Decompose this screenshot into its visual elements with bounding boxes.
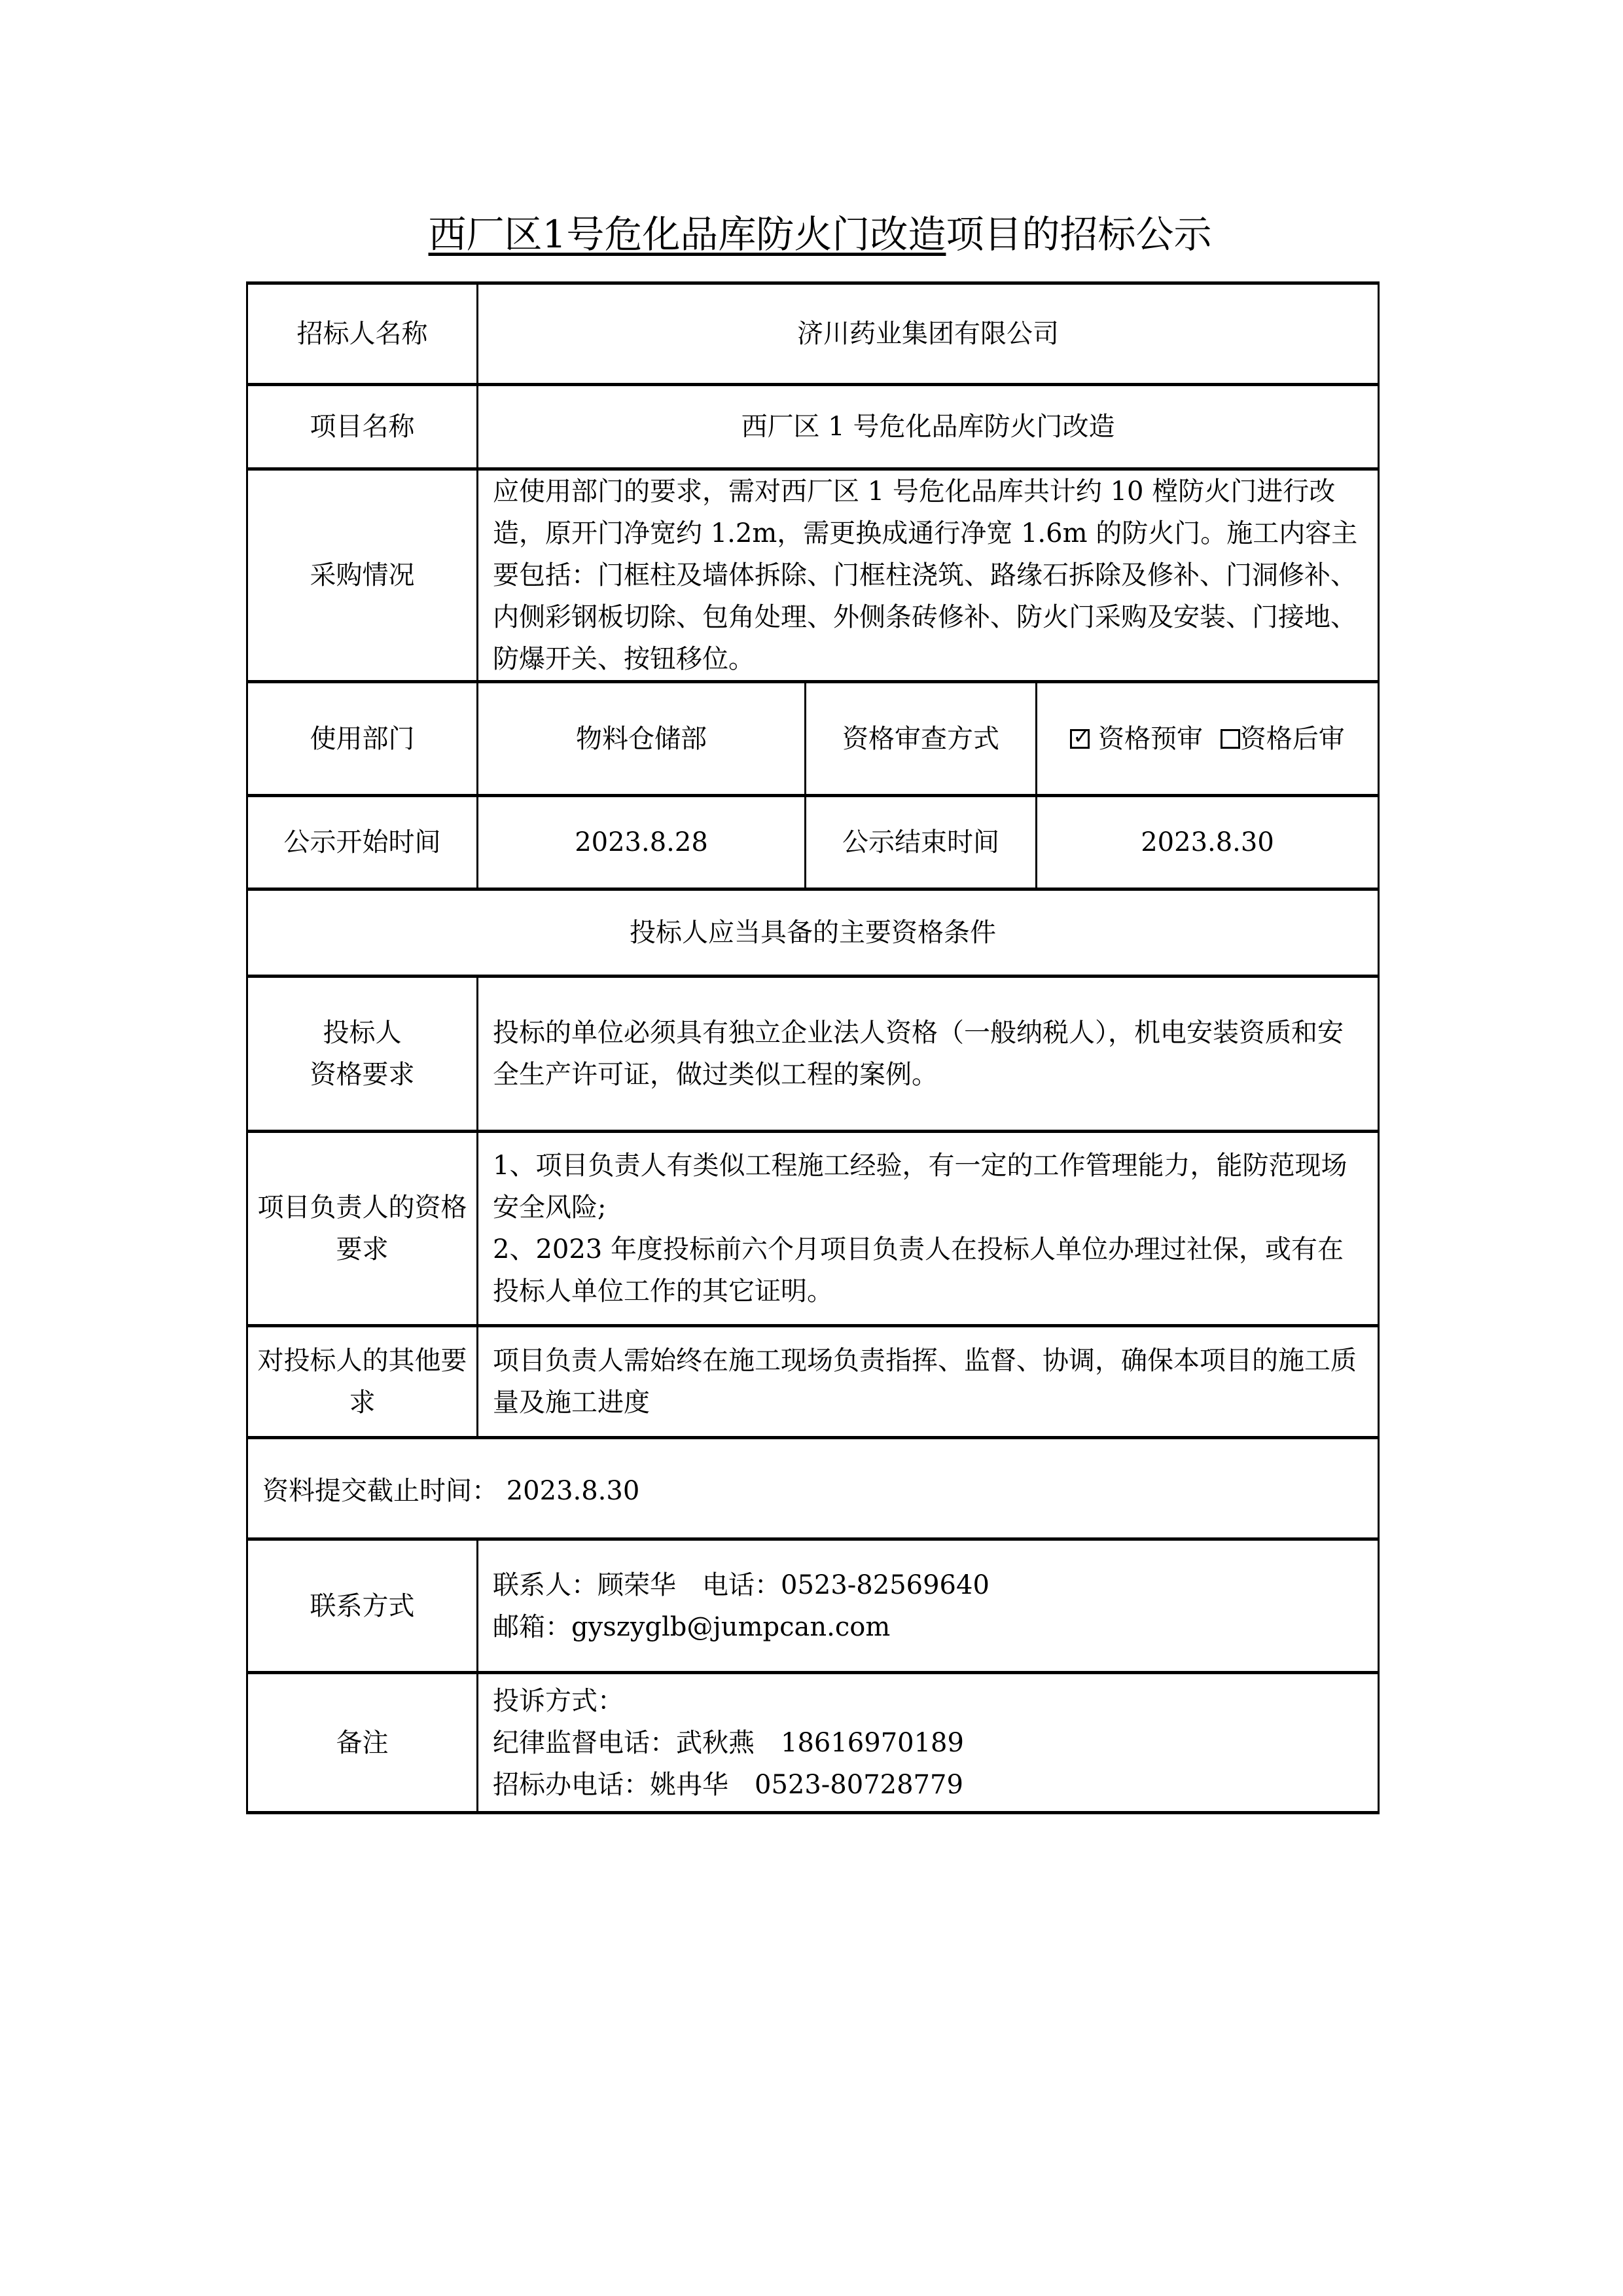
contact-email: 邮箱：gyszyglb@jumpcan.com	[493, 1606, 1363, 1648]
row-department: 使用部门 物料仓储部 资格审查方式 资格预审 资格后审	[247, 682, 1379, 796]
contact-label: 联系方式	[247, 1539, 478, 1673]
bidder-qualification-label-line2: 资格要求	[255, 1054, 470, 1096]
row-section-header: 投标人应当具备的主要资格条件	[247, 889, 1379, 977]
row-contact: 联系方式 联系人：顾荣华 电话：0523-82569640 邮箱：gyszygl…	[247, 1539, 1379, 1673]
row-remarks: 备注 投诉方式： 纪律监督电话：武秋燕 18616970189 招标办电话：姚冉…	[247, 1673, 1379, 1813]
remarks-line: 纪律监督电话：武秋燕 18616970189	[493, 1722, 1363, 1764]
row-other-requirements: 对投标人的其他要求 项目负责人需始终在施工现场负责指挥、监督、协调，确保本项目的…	[247, 1326, 1379, 1438]
row-bidder-qualification: 投标人 资格要求 投标的单位必须具有独立企业法人资格（一般纳税人），机电安装资质…	[247, 977, 1379, 1132]
end-date-label: 公示结束时间	[806, 796, 1037, 889]
prequalification-label: 资格预审	[1098, 724, 1203, 754]
end-date-value: 2023.8.30	[1037, 796, 1379, 889]
row-pm-qualification: 项目负责人的资格要求 1、项目负责人有类似工程施工经验，有一定的工作管理能力，能…	[247, 1132, 1379, 1326]
procurement-label: 采购情况	[247, 469, 478, 682]
project-label: 项目名称	[247, 385, 478, 469]
remarks-line: 招标办电话：姚冉华 0523-80728779	[493, 1764, 1363, 1806]
row-tenderer: 招标人名称 济川药业集团有限公司	[247, 283, 1379, 385]
qualification-section-header: 投标人应当具备的主要资格条件	[247, 889, 1379, 977]
bidder-qualification-label-line1: 投标人	[255, 1012, 470, 1054]
title-suffix: 项目的招标公示	[946, 212, 1211, 257]
row-dates: 公示开始时间 2023.8.28 公示结束时间 2023.8.30	[247, 796, 1379, 889]
start-date-label: 公示开始时间	[247, 796, 478, 889]
review-method-label: 资格审查方式	[806, 682, 1037, 796]
bidder-qualification-label: 投标人 资格要求	[247, 977, 478, 1132]
tenderer-value: 济川药业集团有限公司	[478, 283, 1379, 385]
review-method-options: 资格预审 资格后审	[1037, 682, 1379, 796]
contact-person-phone: 联系人：顾荣华 电话：0523-82569640	[493, 1564, 1363, 1606]
row-project: 项目名称 西厂区 1 号危化品库防火门改造	[247, 385, 1379, 469]
document-title: 西厂区1号危化品库防火门改造项目的招标公示	[0, 208, 1623, 260]
prequalification-checkbox[interactable]	[1070, 729, 1090, 749]
postqualification-label: 资格后审	[1240, 724, 1345, 754]
postqualification-checkbox[interactable]	[1221, 729, 1240, 749]
remarks-value: 投诉方式： 纪律监督电话：武秋燕 18616970189 招标办电话：姚冉华 0…	[478, 1673, 1379, 1813]
title-project-name: 西厂区1号危化品库防火门改造	[412, 212, 946, 257]
deadline-label: 资料提交截止时间：	[262, 1476, 498, 1506]
deadline-value: 2023.8.30	[507, 1476, 640, 1506]
start-date-value: 2023.8.28	[478, 796, 806, 889]
pm-qualification-item: 2、2023 年度投标前六个月项目负责人在投标人单位办理过社保，或有在投标人单位…	[493, 1229, 1363, 1312]
project-value: 西厂区 1 号危化品库防火门改造	[478, 385, 1379, 469]
department-value: 物料仓储部	[478, 682, 806, 796]
department-label: 使用部门	[247, 682, 478, 796]
contact-value: 联系人：顾荣华 电话：0523-82569640 邮箱：gyszyglb@jum…	[478, 1539, 1379, 1673]
tender-announcement-table: 招标人名称 济川药业集团有限公司 项目名称 西厂区 1 号危化品库防火门改造 采…	[246, 281, 1380, 1814]
other-requirements-label: 对投标人的其他要求	[247, 1326, 478, 1438]
remarks-line: 投诉方式：	[493, 1680, 1363, 1722]
pm-qualification-value: 1、项目负责人有类似工程施工经验，有一定的工作管理能力，能防范现场安全风险; 2…	[478, 1132, 1379, 1326]
deadline-cell: 资料提交截止时间： 2023.8.30	[247, 1438, 1379, 1539]
pm-qualification-item: 1、项目负责人有类似工程施工经验，有一定的工作管理能力，能防范现场安全风险;	[493, 1145, 1363, 1229]
row-procurement: 采购情况 应使用部门的要求，需对西厂区 1 号危化品库共计约 10 樘防火门进行…	[247, 469, 1379, 682]
pm-qualification-label: 项目负责人的资格要求	[247, 1132, 478, 1326]
bidder-qualification-value: 投标的单位必须具有独立企业法人资格（一般纳税人），机电安装资质和安全生产许可证，…	[478, 977, 1379, 1132]
tenderer-label: 招标人名称	[247, 283, 478, 385]
remarks-label: 备注	[247, 1673, 478, 1813]
row-deadline: 资料提交截止时间： 2023.8.30	[247, 1438, 1379, 1539]
procurement-value: 应使用部门的要求，需对西厂区 1 号危化品库共计约 10 樘防火门进行改造，原开…	[478, 469, 1379, 682]
other-requirements-value: 项目负责人需始终在施工现场负责指挥、监督、协调，确保本项目的施工质量及施工进度	[478, 1326, 1379, 1438]
